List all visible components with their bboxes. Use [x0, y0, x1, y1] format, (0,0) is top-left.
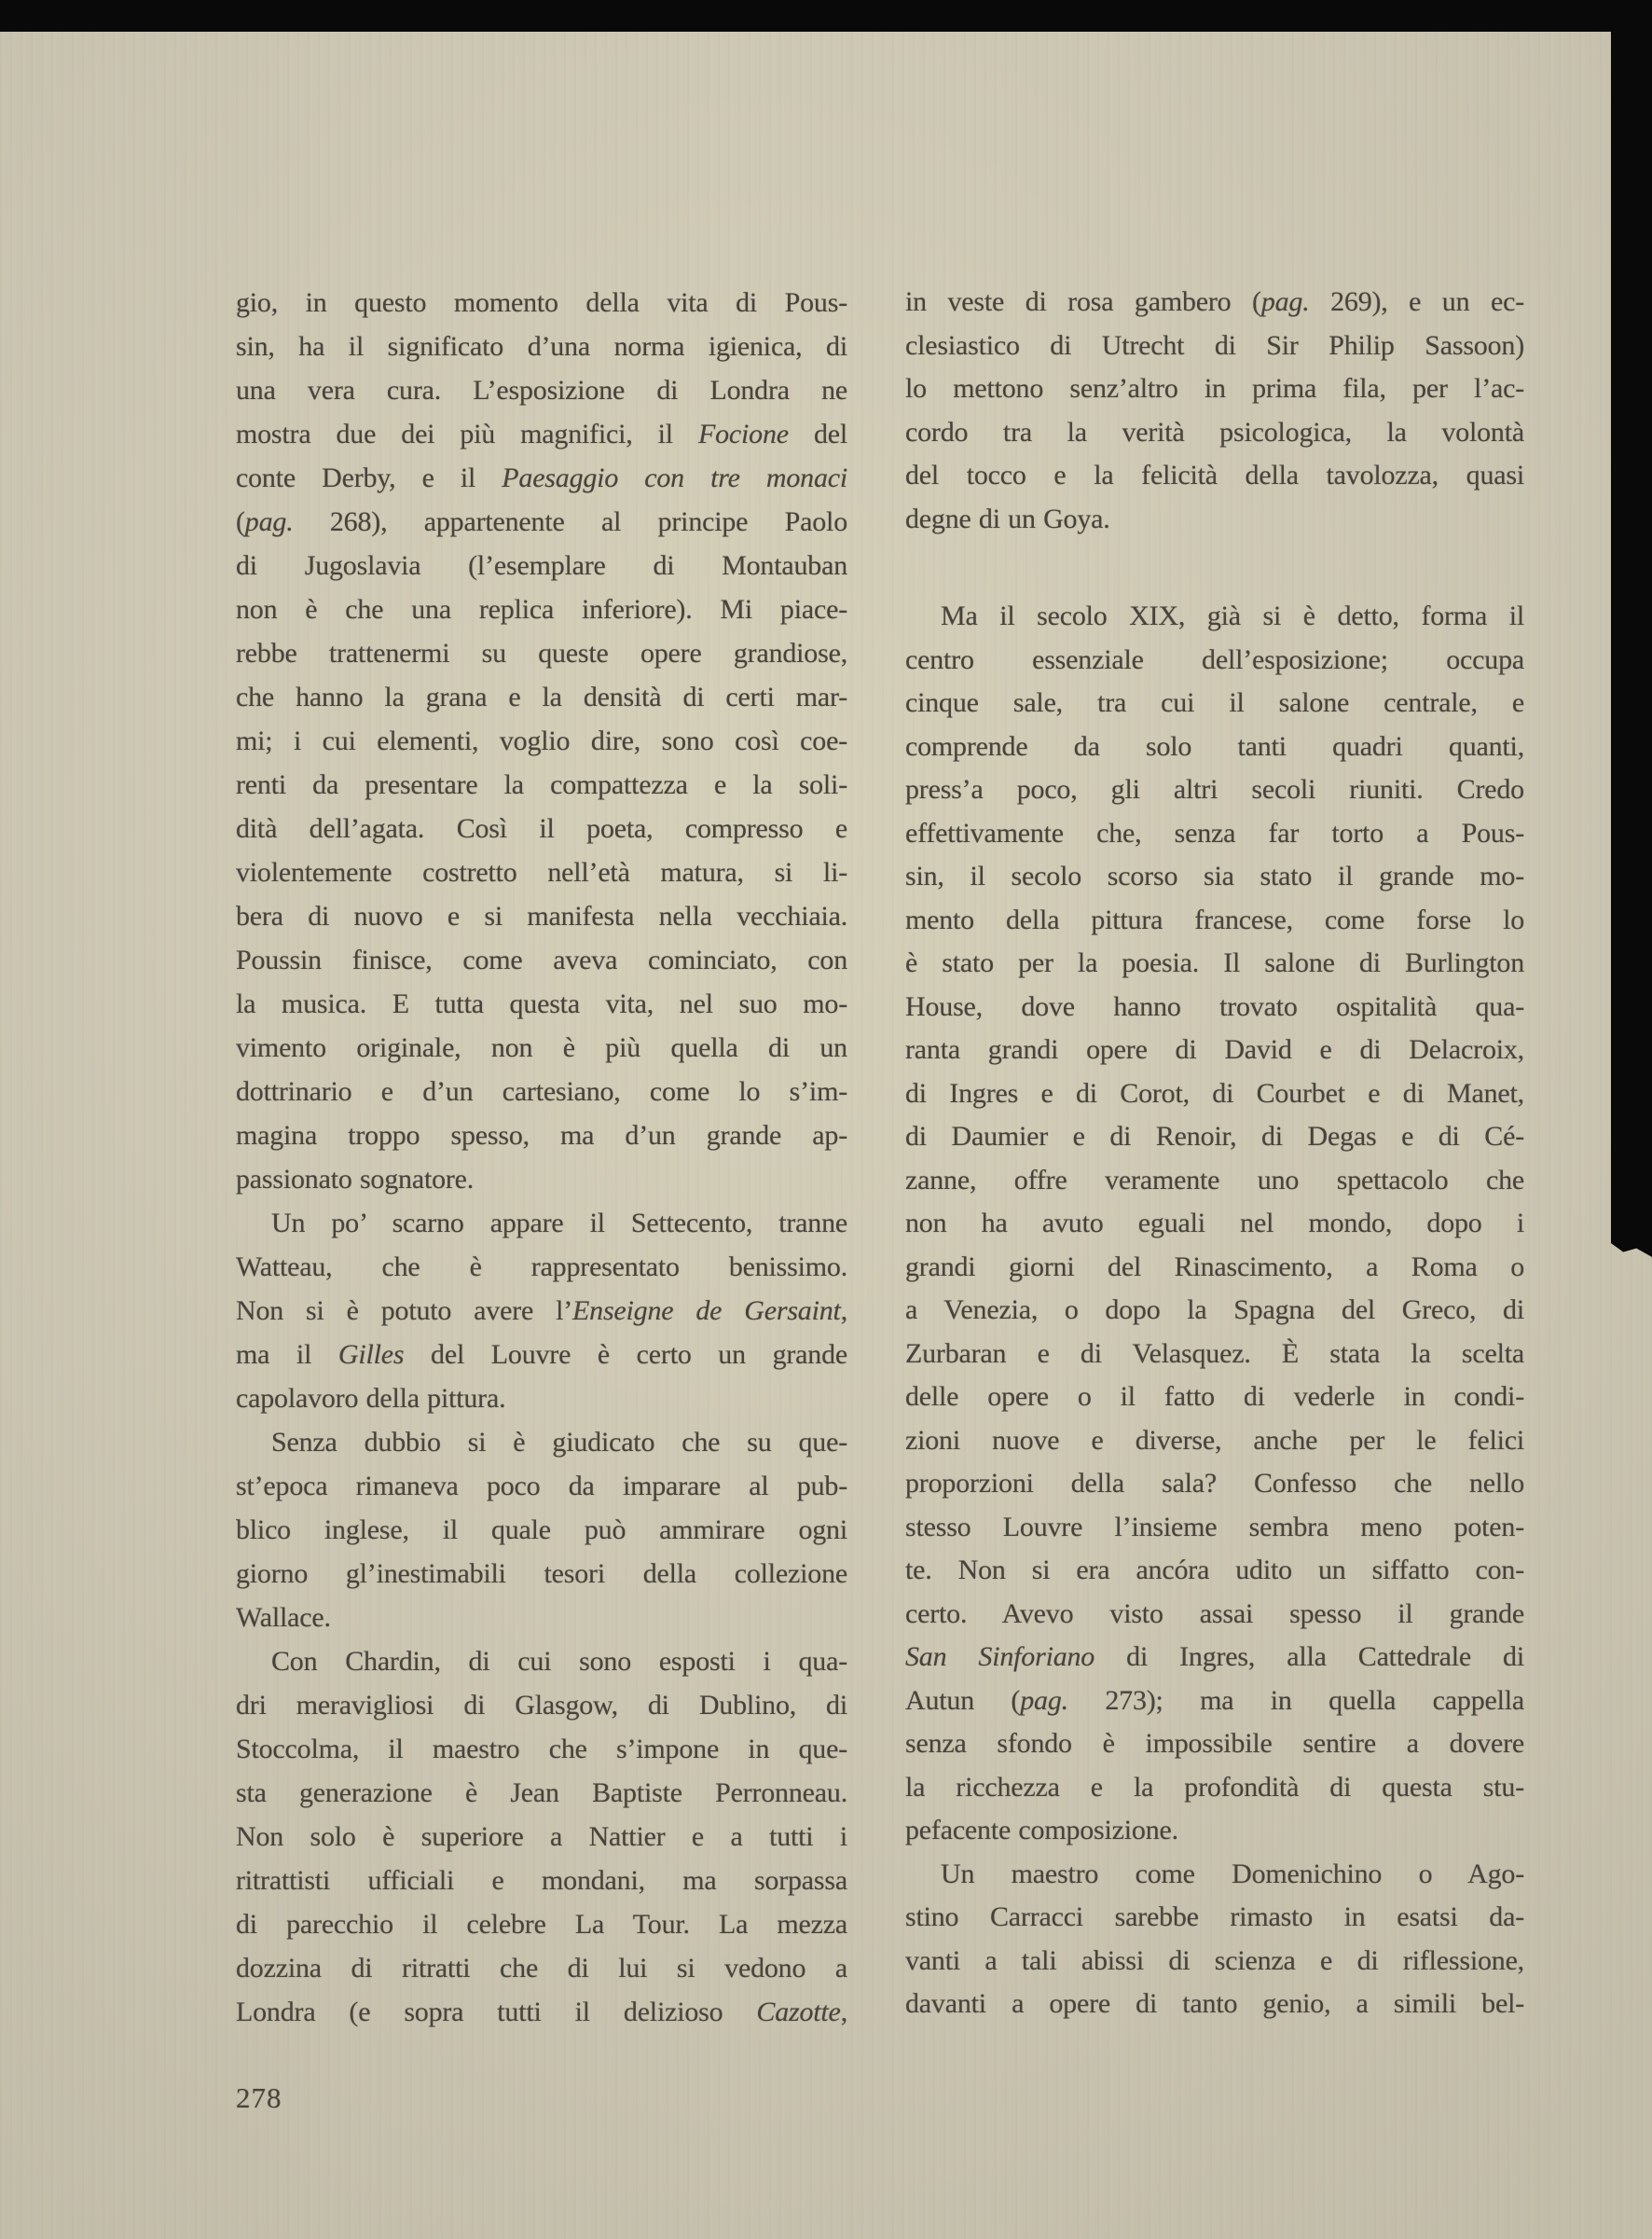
- text-line: gio, in questo momento della vita di Pou…: [236, 281, 847, 325]
- text-line: Watteau, che è rappresentato benissimo.: [236, 1245, 847, 1289]
- text-line: Zurbaran e di Velasquez. È stata la scel…: [905, 1333, 1524, 1376]
- text-line: clesiastico di Utrecht di Sir Philip Sas…: [905, 325, 1524, 368]
- left-text-column: gio, in questo momento della vita di Pou…: [236, 281, 847, 2034]
- text-line: grandi giorni del Rinascimento, a Roma o: [905, 1246, 1524, 1290]
- text-line: sin, ha il significato d’una norma igien…: [236, 325, 847, 368]
- text-line: Autun (pag. 273); ma in quella cappella: [905, 1679, 1524, 1723]
- text-line: vanti a tali abissi di scienza e di rifl…: [905, 1940, 1524, 1983]
- text-line: è stato per la poesia. Il salone di Burl…: [905, 942, 1524, 986]
- text-line: Londra (e sopra tutti il delizioso Cazot…: [236, 1990, 847, 2034]
- text-line: te. Non si era ancóra udito un siffatto …: [905, 1549, 1524, 1593]
- text-line: pefacente composizione.: [905, 1809, 1524, 1853]
- text-line: Un maestro come Domenichino o Ago-: [905, 1853, 1524, 1897]
- text-line: sta generazione è Jean Baptiste Perronne…: [236, 1771, 847, 1815]
- text-line: lo mettono senz’altro in prima fila, per…: [905, 367, 1524, 411]
- text-line: una vera cura. L’esposizione di Londra n…: [236, 368, 847, 412]
- text-line: davanti a opere di tanto genio, a simili…: [905, 1983, 1524, 2026]
- text-line: rebbe trattenermi su queste opere grandi…: [236, 631, 847, 675]
- text-line: dozzina di ritratti che di lui si vedono…: [236, 1946, 847, 1990]
- text-line: degne di un Goya.: [905, 498, 1524, 542]
- text-line: Stoccolma, il maestro che s’impone in qu…: [236, 1727, 847, 1771]
- text-line: delle opere o il fatto di vederle in con…: [905, 1375, 1524, 1419]
- text-line: dri meravigliosi di Glasgow, di Dublino,…: [236, 1683, 847, 1727]
- text-line: certo. Avevo visto assai spesso il grand…: [905, 1593, 1524, 1637]
- text-line: zioni nuove e diverse, anche per le feli…: [905, 1419, 1524, 1463]
- text-line: la musica. E tutta questa vita, nel suo …: [236, 982, 847, 1026]
- text-line: ma il Gilles del Louvre è certo un grand…: [236, 1333, 847, 1376]
- text-line: del tocco e la felicità della tavolozza,…: [905, 454, 1524, 498]
- text-line: Senza dubbio si è giudicato che su que-: [236, 1420, 847, 1464]
- text-line: magina troppo spesso, ma d’un grande ap-: [236, 1113, 847, 1157]
- text-line: ritrattisti ufficiali e mondani, ma sorp…: [236, 1859, 847, 1902]
- text-line: cinque sale, tra cui il salone centrale,…: [905, 682, 1524, 726]
- text-line: press’a poco, gli altri secoli riuniti. …: [905, 768, 1524, 812]
- text-line: proporzioni della sala? Confesso che nel…: [905, 1462, 1524, 1506]
- text-line: sin, il secolo scorso sia stato il grand…: [905, 855, 1524, 899]
- text-line: a Venezia, o dopo la Spagna del Greco, d…: [905, 1289, 1524, 1333]
- text-line: di Ingres e di Corot, di Courbet e di Ma…: [905, 1072, 1524, 1116]
- text-line: la ricchezza e la profondità di questa s…: [905, 1766, 1524, 1810]
- text-line: (pag. 268), appartenente al principe Pao…: [236, 500, 847, 544]
- text-line: San Sinforiano di Ingres, alla Cattedral…: [905, 1636, 1524, 1679]
- text-line: che hanno la grana e la densità di certi…: [236, 675, 847, 719]
- text-line: comprende da solo tanti quadri quanti,: [905, 726, 1524, 769]
- text-line: mi; i cui elementi, voglio dire, sono co…: [236, 719, 847, 763]
- text-line: senza sfondo è impossibile sentire a dov…: [905, 1722, 1524, 1766]
- text-line: Non solo è superiore a Nattier e a tutti…: [236, 1815, 847, 1859]
- text-line: conte Derby, e il Paesaggio con tre mona…: [236, 456, 847, 500]
- text-line: st’epoca rimaneva poco da imparare al pu…: [236, 1464, 847, 1508]
- text-line: mostra due dei più magnifici, il Focione…: [236, 412, 847, 456]
- page-number: 278: [236, 2076, 282, 2120]
- text-line: cordo tra la verità psicologica, la volo…: [905, 411, 1524, 455]
- text-line: mento della pittura francese, come forse…: [905, 899, 1524, 943]
- text-line: blico inglese, il quale può ammirare ogn…: [236, 1508, 847, 1552]
- text-line: zanne, offre veramente uno spettacolo ch…: [905, 1159, 1524, 1203]
- text-line: Non si è potuto avere l’Enseigne de Gers…: [236, 1289, 847, 1333]
- text-line: Wallace.: [236, 1596, 847, 1639]
- text-line: violentemente costretto nell’età matura,…: [236, 850, 847, 894]
- text-line: renti da presentare la compattezza e la …: [236, 763, 847, 807]
- text-line: centro essenziale dell’esposizione; occu…: [905, 639, 1524, 683]
- scan-border-right-bar: [1611, 0, 1652, 1257]
- text-line: Ma il secolo XIX, già si è detto, forma …: [905, 595, 1524, 639]
- text-line: Con Chardin, di cui sono esposti i qua-: [236, 1639, 847, 1683]
- text-line: Poussin finisce, come aveva cominciato, …: [236, 938, 847, 982]
- text-line: passionato sognatore.: [236, 1157, 847, 1201]
- text-line: House, dove hanno trovato ospitalità qua…: [905, 986, 1524, 1030]
- text-line: ranta grandi opere di David e di Delacro…: [905, 1029, 1524, 1072]
- text-line: Un po’ scarno appare il Settecento, tran…: [236, 1201, 847, 1245]
- book-page: gio, in questo momento della vita di Pou…: [0, 0, 1652, 2239]
- scan-border-top-bar: [0, 0, 1652, 32]
- text-line: di parecchio il celebre La Tour. La mezz…: [236, 1902, 847, 1946]
- text-line: giorno gl’inestimabili tesori della coll…: [236, 1552, 847, 1596]
- text-line: di Jugoslavia (l’esemplare di Montauban: [236, 544, 847, 587]
- text-line: bera di nuovo e si manifesta nella vecch…: [236, 894, 847, 938]
- text-line: stino Carracci sarebbe rimasto in esatsi…: [905, 1896, 1524, 1940]
- text-line: effettivamente che, senza far torto a Po…: [905, 812, 1524, 856]
- text-line: stesso Louvre l’insieme sembra meno pote…: [905, 1506, 1524, 1550]
- text-line: dità dell’agata. Così il poeta, compress…: [236, 807, 847, 850]
- text-line: in veste di rosa gambero (pag. 269), e u…: [905, 281, 1524, 325]
- text-line: vimento originale, non è più quella di u…: [236, 1026, 847, 1070]
- right-text-column: in veste di rosa gambero (pag. 269), e u…: [905, 281, 1524, 2026]
- text-line: dottrinario e d’un cartesiano, come lo s…: [236, 1070, 847, 1113]
- text-line: di Daumier e di Renoir, di Degas e di Cé…: [905, 1115, 1524, 1159]
- text-line: non è che una replica inferiore). Mi pia…: [236, 587, 847, 631]
- text-line: non ha avuto eguali nel mondo, dopo i: [905, 1202, 1524, 1246]
- text-line: capolavoro della pittura.: [236, 1376, 847, 1420]
